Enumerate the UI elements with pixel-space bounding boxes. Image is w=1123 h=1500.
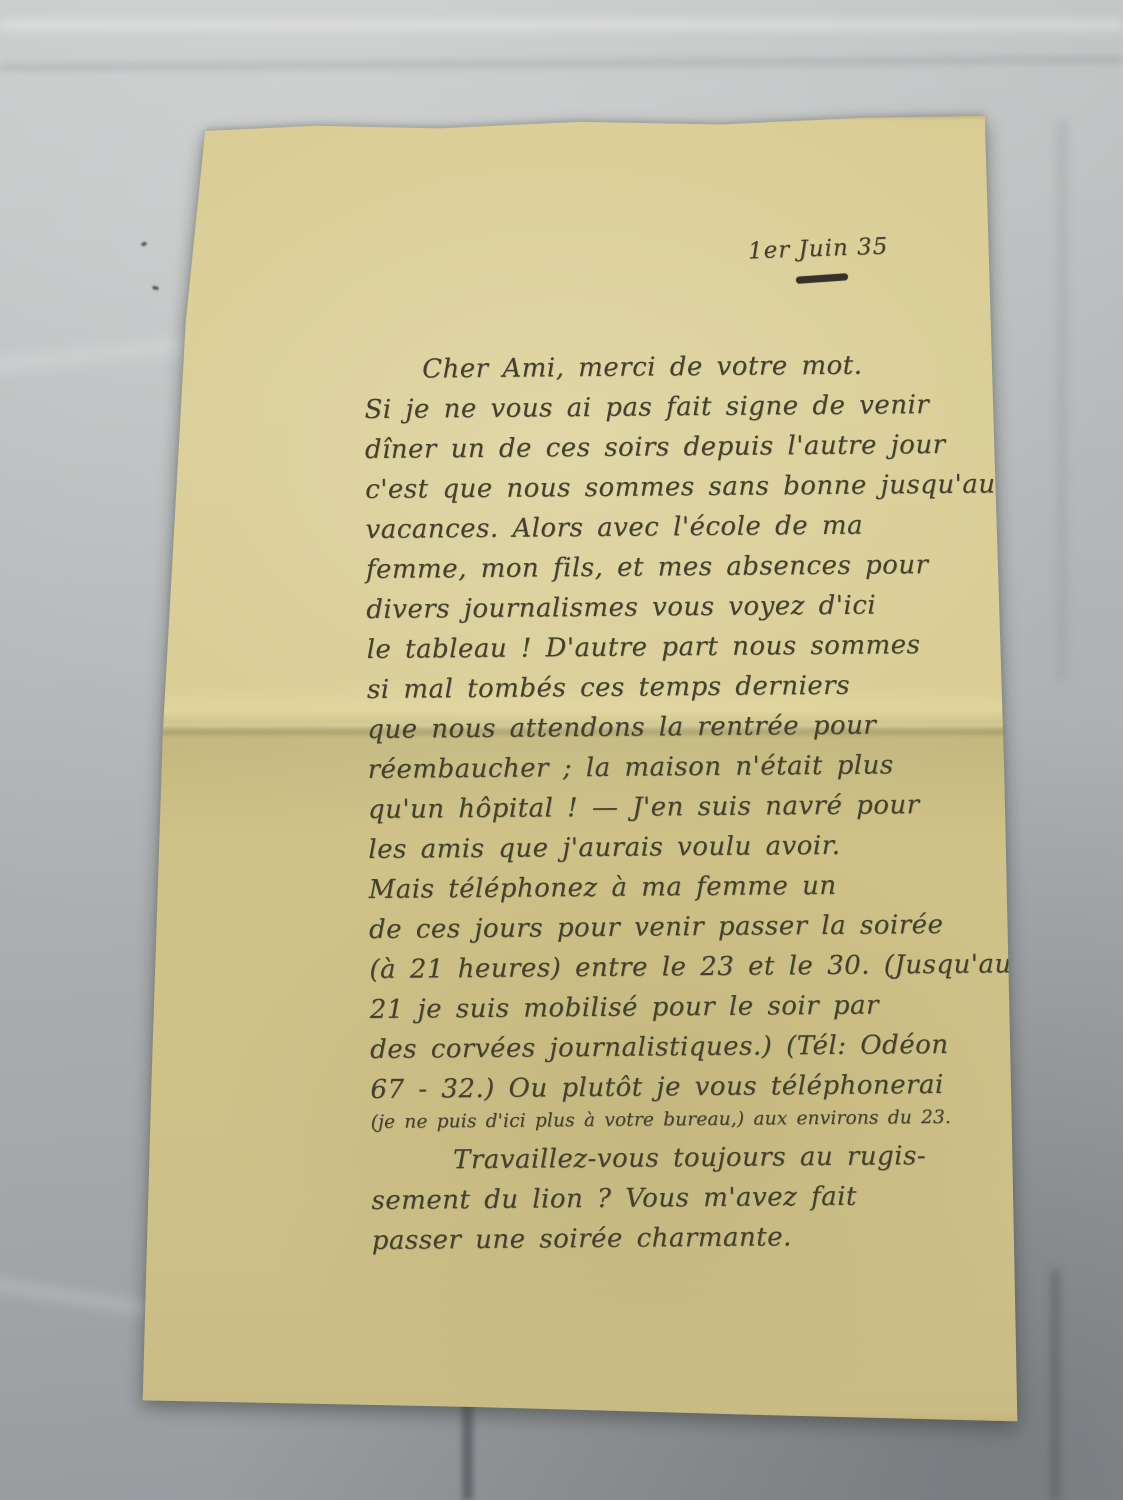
letter-line: réembaucher ; la maison n'était plus [367, 744, 1017, 790]
letter-line: si mal tombés ces temps derniers [367, 664, 1017, 710]
letter-date: 1er Juin 35 [748, 234, 889, 265]
letter-line: 21 je suis mobilisé pour le soir par [370, 984, 1020, 1030]
letter-line: divers journalismes vous voyez d'ici [366, 584, 1016, 630]
fabric-wrinkle [1051, 1270, 1060, 1500]
letter-line: c'est que nous sommes sans bonne jusqu'a… [365, 464, 1015, 510]
letter-line: de ces jours pour venir passer la soirée [369, 904, 1019, 950]
letter-line: que nous attendons la rentrée pour [367, 704, 1017, 750]
letter-line: Mais téléphonez à ma femme un [369, 864, 1019, 910]
fabric-wrinkle [0, 56, 1123, 71]
fabric-wrinkle [1058, 120, 1066, 680]
letter-line: sement du lion ? Vous m'avez fait [371, 1175, 1021, 1221]
letter-line: femme, mon fils, et mes absences pour [366, 544, 1016, 590]
letter-line: (à 21 heures) entre le 23 et le 30. (Jus… [369, 944, 1019, 990]
letter-line: Si je ne vous ai pas fait signe de venir [364, 384, 1014, 430]
fabric-wrinkle [0, 20, 1123, 30]
letter-line: dîner un de ces soirs depuis l'autre jou… [365, 424, 1015, 470]
letter-line: le tableau ! D'autre part nous sommes [366, 624, 1016, 670]
letter-line: Travaillez-vous toujours au rugis- [371, 1135, 1021, 1181]
letter-paper: 1er Juin 35 Cher Ami, merci de votre mot… [140, 112, 1020, 1424]
letter-line: 67 - 32.) Ou plutôt je vous téléphonerai [370, 1064, 1020, 1110]
date-underline-dash [796, 273, 848, 284]
letter-line: Cher Ami, merci de votre mot. [364, 344, 1014, 390]
photo-background: 1er Juin 35 Cher Ami, merci de votre mot… [0, 0, 1123, 1500]
letter-line: passer une soirée charmante. [372, 1215, 1022, 1261]
letter-line: vacances. Alors avec l'école de ma [365, 504, 1015, 550]
letter-line: les amis que j'aurais voulu avoir. [368, 824, 1018, 870]
letter-paper-wrapper: 1er Juin 35 Cher Ami, merci de votre mot… [140, 112, 1020, 1424]
letter-line: des corvées journalistiques.) (Tél: Odéo… [370, 1024, 1020, 1070]
letter-body: Cher Ami, merci de votre mot. Si je ne v… [364, 344, 1022, 1261]
letter-line: qu'un hôpital ! — J'en suis navré pour [368, 784, 1018, 830]
